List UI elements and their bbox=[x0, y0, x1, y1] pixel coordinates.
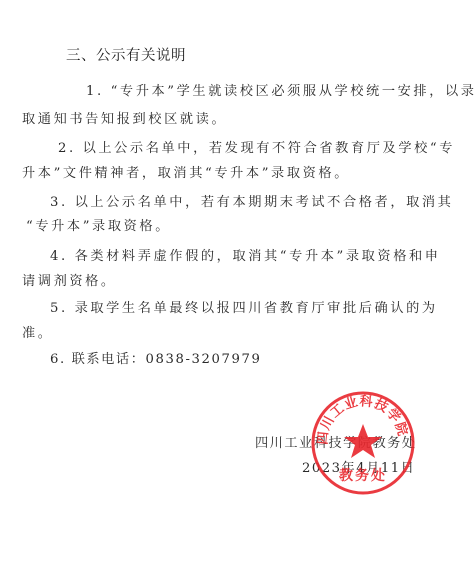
item-2-line-2: 升本”文件精神者，取消其“专升本”录取资格。 bbox=[22, 162, 350, 181]
item-4-line-1: 4. 各类材料弄虚作假的，取消其“专升本”录取资格和申 bbox=[50, 245, 441, 264]
svg-text:教务处: 教务处 bbox=[338, 467, 387, 484]
item-4-line-2: 请调剂资格。 bbox=[22, 270, 117, 289]
item-3-line-1: 3. 以上公示名单中，若有本期期末考试不合格者，取消其 bbox=[50, 191, 453, 210]
item-1-line-1: 1. “专升本”学生就读校区必须服从学校统一安排，以录 bbox=[86, 80, 475, 99]
item-5-line-1: 5. 录取学生名单最终以报四川省教育厅审批后确认的为 bbox=[50, 297, 438, 316]
section-heading: 三、公示有关说明 bbox=[66, 44, 186, 65]
item-3-line-2: “专升本”录取资格。 bbox=[26, 215, 171, 234]
official-seal-icon: 四川工业科技学院 教务处 bbox=[310, 390, 416, 496]
item-1-line-2: 取通知书告知报到校区就读。 bbox=[22, 108, 227, 127]
document-page: 三、公示有关说明 1. “专升本”学生就读校区必须服从学校统一安排，以录 取通知… bbox=[0, 0, 475, 581]
item-2-line-1: 2. 以上公示名单中，若发现有不符合省教育厅及学校“专 bbox=[58, 137, 455, 156]
item-6-contact-phone: 6. 联系电话：0838-3207979 bbox=[50, 348, 261, 367]
item-5-line-2: 准。 bbox=[22, 322, 54, 341]
